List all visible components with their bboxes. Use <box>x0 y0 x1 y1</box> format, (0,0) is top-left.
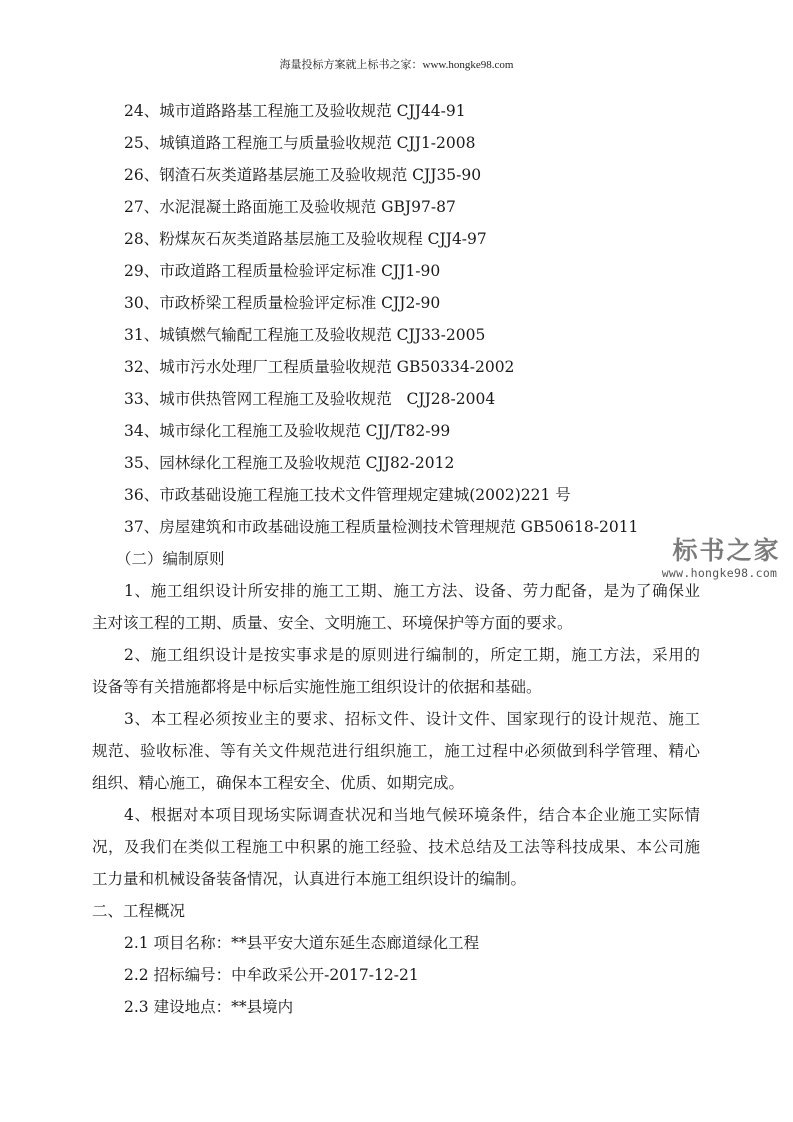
watermark-title: 标书之家 <box>660 536 793 566</box>
paragraph-line: 主对该工程的工期、质量、安全、文明施工、环境保护等方面的要求。 <box>92 610 704 642</box>
section-heading-overview: 二、工程概况 <box>92 898 704 930</box>
paragraph-line: 设备等有关措施都将是中标后实施性施工组织设计的依据和基础。 <box>92 674 704 706</box>
reference-item: 32、城市污水处理厂工程质量验收规范 GB50334-2002 <box>92 354 704 386</box>
paragraph-4: 4、根据对本项目现场实际调查状况和当地气候环境条件，结合本企业施工实际情 况，及… <box>92 802 704 898</box>
reference-item: 36、市政基础设施工程施工技术文件管理规定建城(2002)221 号 <box>92 482 704 514</box>
reference-item: 33、城市供热管网工程施工及验收规范 CJJ28-2004 <box>92 386 704 418</box>
reference-item: 31、城镇燃气输配工程施工及验收规范 CJJ33-2005 <box>92 322 704 354</box>
document-body: 24、城市道路路基工程施工及验收规范 CJJ44-91 25、城镇道路工程施工与… <box>92 98 704 1026</box>
paragraph-line: 工力量和机械设备装备情况，认真进行本施工组织设计的编制。 <box>92 866 704 898</box>
overview-item: 2.2 招标编号：中牟政采公开-2017-12-21 <box>92 962 704 994</box>
paragraph-line: 3、本工程必须按业主的要求、招标文件、设计文件、国家现行的设计规范、施工 <box>92 706 700 738</box>
paragraph-2: 2、施工组织设计是按实事求是的原则进行编制的，所定工期，施工方法，采用的 设备等… <box>92 642 704 706</box>
reference-item: 29、市政道路工程质量检验评定标准 CJJ1-90 <box>92 258 704 290</box>
watermark-logo: 标书之家 www.hongke98.com <box>660 536 793 580</box>
reference-item: 26、钢渣石灰类道路基层施工及验收规范 CJJ35-90 <box>92 162 704 194</box>
overview-item: 2.3 建设地点：**县境内 <box>92 994 704 1026</box>
paragraph-line: 规范、验收标准、等有关文件规范进行组织施工，施工过程中必须做到科学管理、精心 <box>92 738 700 770</box>
paragraph-line: 4、根据对本项目现场实际调查状况和当地气候环境条件，结合本企业施工实际情 <box>92 802 700 834</box>
paragraph-line: 2、施工组织设计是按实事求是的原则进行编制的，所定工期，施工方法，采用的 <box>92 642 700 674</box>
reference-item: 24、城市道路路基工程施工及验收规范 CJJ44-91 <box>92 98 704 130</box>
reference-item: 28、粉煤灰石灰类道路基层施工及验收规程 CJJ4-97 <box>92 226 704 258</box>
section-heading-principles: （二）编制原则 <box>92 546 704 578</box>
reference-item: 37、房屋建筑和市政基础设施工程质量检测技术管理规范 GB50618-2011 <box>92 514 704 546</box>
paragraph-1: 1、施工组织设计所安排的施工工期、施工方法、设备、劳力配备，是为了确保业 主对该… <box>92 578 704 642</box>
watermark-url: www.hongke98.com <box>646 566 793 580</box>
paragraph-line: 况，及我们在类似工程施工中积累的施工经验、技术总结及工法等科技成果、本公司施 <box>92 834 700 866</box>
reference-item: 35、园林绿化工程施工及验收规范 CJJ82-2012 <box>92 450 704 482</box>
paragraph-line: 组织、精心施工，确保本工程安全、优质、如期完成。 <box>92 770 704 802</box>
reference-item: 30、市政桥梁工程质量检验评定标准 CJJ2-90 <box>92 290 704 322</box>
reference-item: 27、水泥混凝土路面施工及验收规范 GBJ97-87 <box>92 194 704 226</box>
overview-item: 2.1 项目名称：**县平安大道东延生态廊道绿化工程 <box>92 930 704 962</box>
reference-item: 34、城市绿化工程施工及验收规范 CJJ/T82-99 <box>92 418 704 450</box>
paragraph-line: 1、施工组织设计所安排的施工工期、施工方法、设备、劳力配备，是为了确保业 <box>92 578 700 610</box>
page-header: 海量投标方案就上标书之家：www.hongke98.com <box>0 56 793 72</box>
reference-item: 25、城镇道路工程施工与质量验收规范 CJJ1-2008 <box>92 130 704 162</box>
paragraph-3: 3、本工程必须按业主的要求、招标文件、设计文件、国家现行的设计规范、施工 规范、… <box>92 706 704 802</box>
